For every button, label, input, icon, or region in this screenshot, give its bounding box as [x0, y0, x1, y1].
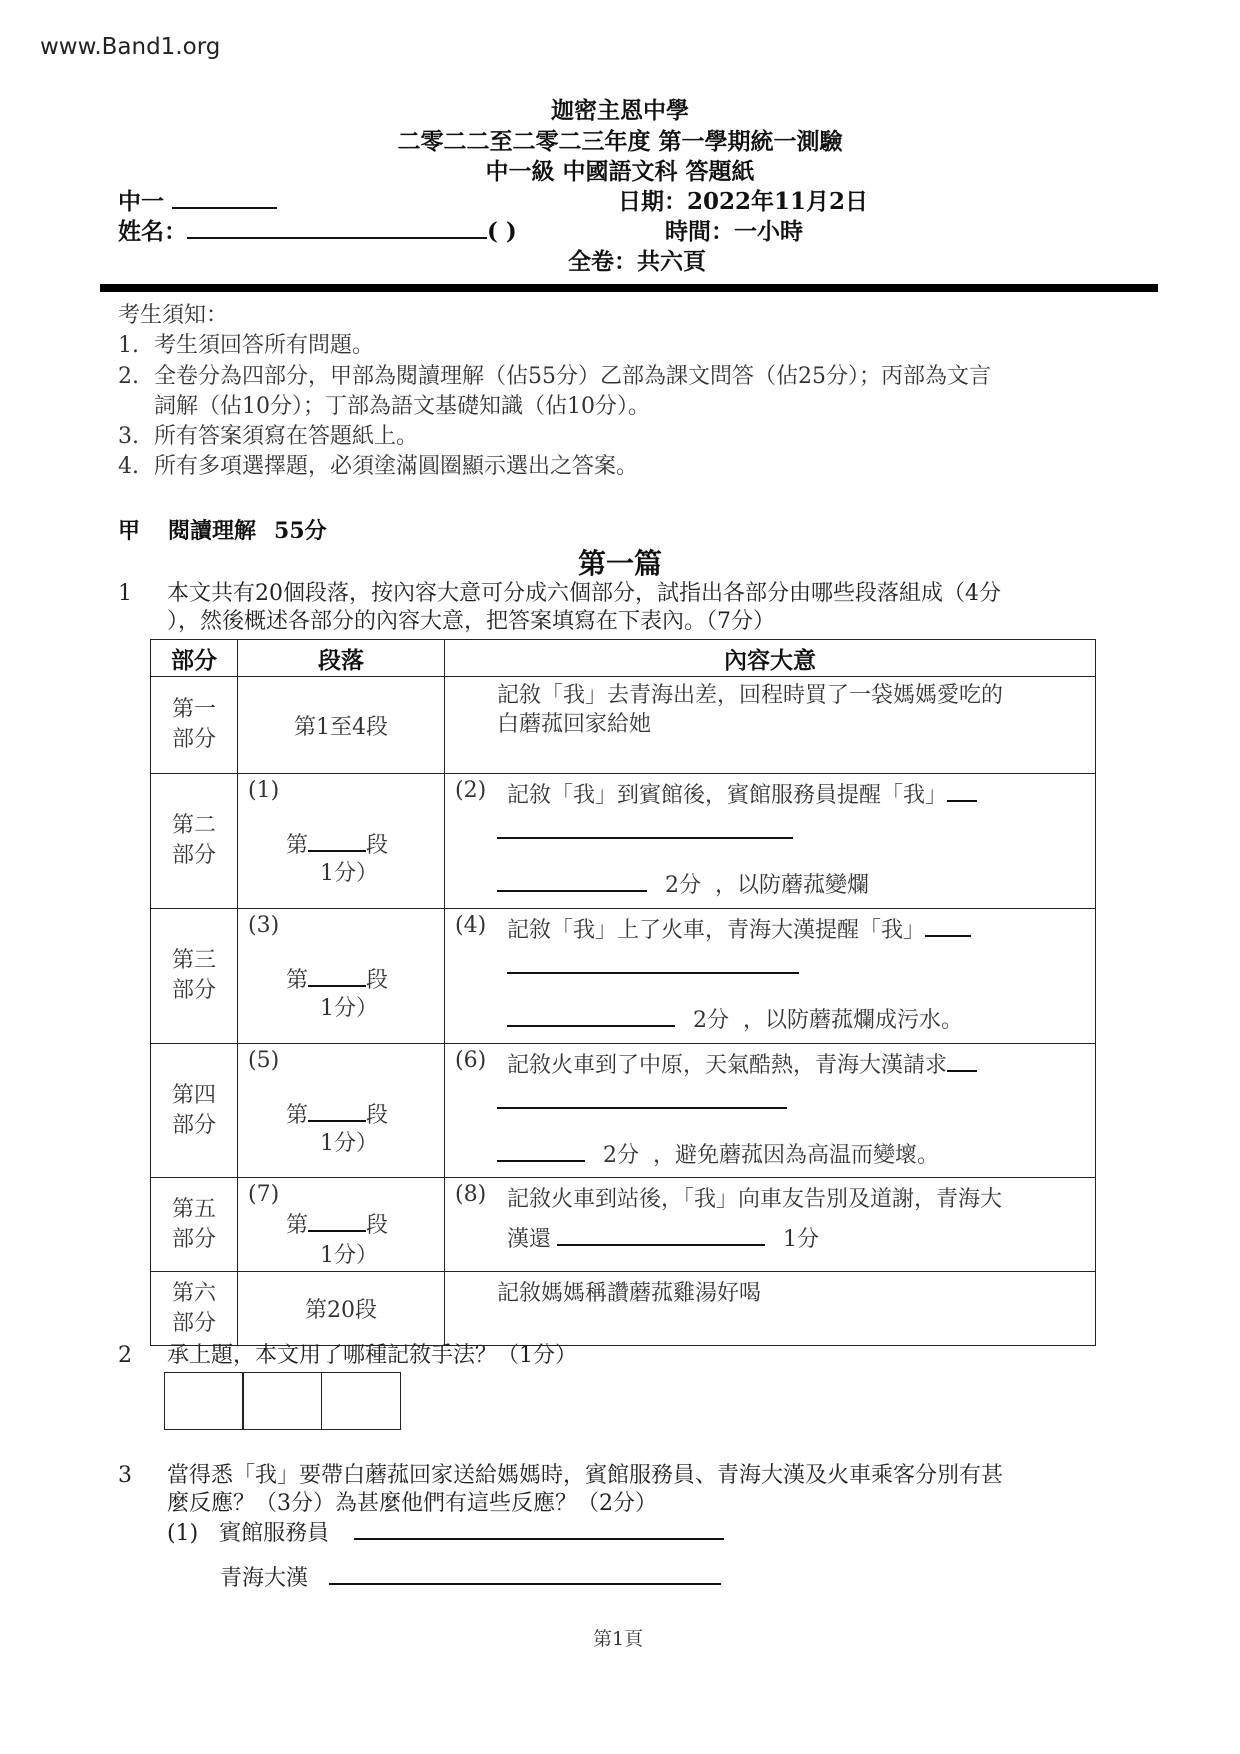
part-label: 第一部分	[151, 677, 238, 774]
item-number: (8)	[455, 1182, 486, 1207]
summary-text: 記敘火車到站後，「我」向車友告別及道謝，青海大	[507, 1182, 1002, 1213]
paragraph-blank[interactable]: 第段	[286, 1098, 388, 1129]
item-number: (4)	[455, 913, 486, 938]
item-number: (5)	[248, 1048, 279, 1073]
col-header-paragraph: 段落	[238, 640, 445, 677]
marks-label: 1分）	[320, 1238, 378, 1269]
answer-box[interactable]	[321, 1372, 401, 1430]
answer-blank[interactable]	[507, 971, 799, 974]
summary-text: 漢還1分	[507, 1222, 819, 1253]
answer-blank[interactable]	[507, 1024, 675, 1027]
q2-number: 2	[118, 1342, 132, 1370]
notice-item: 1.考生須回答所有問題。	[118, 331, 374, 361]
page-number: 第1頁	[593, 1624, 643, 1651]
notice-item: 2.全卷分為四部分，甲部為閱讀理解（佔55分）乙部為課文問答（佔25分）；丙部為…	[118, 362, 991, 392]
notice-text: 所有多項選擇題，必須塗滿圓圈顯示選出之答案。	[154, 454, 638, 479]
header-divider	[100, 284, 1158, 292]
notice-text-cont: 詞解（佔10分）；丁部為語文基礎知識（佔10分）。	[154, 392, 650, 422]
answer-box[interactable]	[242, 1372, 322, 1430]
part-label: 第六部分	[151, 1272, 238, 1346]
summary-cell: 記敘「我」去青海出差，回程時買了一袋媽媽愛吃的 白蘑菰回家給她	[445, 677, 1096, 774]
marks-label: 1分）	[320, 991, 378, 1022]
paragraph-cell: (3) 第段 1分）	[238, 909, 445, 1044]
q3-text-line1: 當得悉「我」要帶白蘑菰回家送給媽媽時，賓館服務員、青海大漢及火車乘客分別有甚	[167, 1462, 1003, 1490]
notice-item: 3.所有答案須寫在答題紙上。	[118, 422, 418, 452]
summary-cell: (8) 記敘火車到站後，「我」向車友告別及道謝，青海大 漢還1分	[445, 1178, 1096, 1272]
summary-text: 記敘火車到了中原，天氣酷熱，青海大漢請求	[507, 1048, 977, 1079]
exam-duration: 時間：一小時	[665, 213, 803, 246]
notice-text: 全卷分為四部分，甲部為閱讀理解（佔55分）乙部為課文問答（佔25分）；丙部為文言	[154, 364, 991, 389]
q3-answer-line: (1) 賓館服務員	[167, 1520, 724, 1548]
col-header-summary: 內容大意	[445, 640, 1096, 677]
summary-text: 2分，避免蘑菰因為高温而變壞。	[497, 1138, 939, 1169]
table-row: 第二部分 (1) 第段 1分） (2) 記敘「我」到賓館後，賓館服務員提醒「我」…	[151, 774, 1096, 909]
name-field[interactable]: 姓名：( )	[118, 213, 517, 246]
section-marks: 55分	[274, 518, 327, 544]
summary-cell: (2) 記敘「我」到賓館後，賓館服務員提醒「我」 2分，以防蘑菰變爛	[445, 774, 1096, 909]
table-header-row: 部分 段落 內容大意	[151, 640, 1096, 677]
answer-label: 青海大漢	[220, 1566, 308, 1591]
notice-item: 4.所有多項選擇題，必須塗滿圓圈顯示選出之答案。	[118, 452, 638, 482]
class-number[interactable]: ( )	[487, 218, 517, 245]
class-field[interactable]: 中一	[118, 183, 277, 216]
part-label: 第二部分	[151, 774, 238, 909]
summary-line: 白蘑菰回家給她	[497, 710, 1095, 739]
notice-title: 考生須知：	[118, 301, 228, 331]
notice-num: 2.	[118, 362, 154, 392]
name-blank[interactable]	[187, 236, 487, 239]
section-heading: 甲閱讀理解55分	[118, 514, 327, 545]
q1-number: 1	[118, 580, 132, 608]
answer-label: 賓館服務員	[219, 1521, 329, 1546]
notice-text: 所有答案須寫在答題紙上。	[154, 424, 418, 449]
summary-text: 2分，以防蘑菰變爛	[497, 868, 869, 899]
summary-text: 記敘「我」到賓館後，賓館服務員提醒「我」	[507, 778, 977, 809]
class-label: 中一	[118, 188, 164, 215]
item-number: (3)	[248, 913, 279, 938]
paragraph-cell: (1) 第段 1分）	[238, 774, 445, 909]
notice-text: 考生須回答所有問題。	[154, 333, 374, 358]
item-number: (6)	[455, 1048, 486, 1073]
paragraph-cell: 第20段	[238, 1272, 445, 1346]
answer-blank[interactable]	[497, 836, 793, 839]
paragraph-blank[interactable]: 第段	[286, 963, 388, 994]
paragraph-cell: (7) 第段 1分）	[238, 1178, 445, 1272]
col-header-part: 部分	[151, 640, 238, 677]
q3-number: 3	[118, 1462, 132, 1490]
answer-blank[interactable]	[557, 1243, 765, 1246]
answer-box[interactable]	[164, 1372, 244, 1430]
answer-boxes	[165, 1372, 401, 1430]
q2-text: 承上題，本文用了哪種記敘手法？（1分）	[167, 1342, 577, 1370]
section-label: 甲	[118, 514, 168, 545]
table-row: 第三部分 (3) 第段 1分） (4) 記敘「我」上了火車，青海大漢提醒「我」 …	[151, 909, 1096, 1044]
q3-text-line2: 麼反應？（3分）為甚麼他們有這些反應？（2分）	[167, 1490, 657, 1518]
exam-date: 日期：2022年11月2日	[618, 183, 868, 216]
notice-num: 3.	[118, 422, 154, 452]
passage-title: 第一篇	[0, 542, 1240, 582]
answer-blank[interactable]	[497, 889, 647, 892]
answer-blank[interactable]	[497, 1106, 787, 1109]
sub-number: (1)	[167, 1521, 198, 1546]
item-number: (1)	[248, 778, 279, 803]
watermark: www.Band1.org	[40, 34, 220, 60]
answer-table: 部分 段落 內容大意 第一部分 第1至4段 記敘「我」去青海出差，回程時買了一袋…	[150, 639, 1096, 1346]
table-row: 第六部分 第20段 記敘媽媽稱讚蘑菰雞湯好喝	[151, 1272, 1096, 1346]
summary-text: 記敘「我」上了火車，青海大漢提醒「我」	[507, 913, 971, 944]
summary-cell: (6) 記敘火車到了中原，天氣酷熱，青海大漢請求 2分，避免蘑菰因為高温而變壞。	[445, 1044, 1096, 1178]
table-row: 第一部分 第1至4段 記敘「我」去青海出差，回程時買了一袋媽媽愛吃的 白蘑菰回家…	[151, 677, 1096, 774]
answer-blank[interactable]	[354, 1537, 724, 1540]
name-label: 姓名：	[118, 218, 187, 245]
summary-cell: (4) 記敘「我」上了火車，青海大漢提醒「我」 2分，以防蘑菰爛成污水。	[445, 909, 1096, 1044]
paragraph-blank[interactable]: 第段	[286, 1208, 388, 1239]
notice-num: 1.	[118, 331, 154, 361]
summary-line: 記敘媽媽稱讚蘑菰雞湯好喝	[497, 1276, 1095, 1307]
part-label: 第三部分	[151, 909, 238, 1044]
part-label: 第五部分	[151, 1178, 238, 1272]
item-number: (7)	[248, 1182, 279, 1207]
school-name: 迦密主恩中學	[0, 92, 1240, 125]
table-row: 第四部分 (5) 第段 1分） (6) 記敘火車到了中原，天氣酷熱，青海大漢請求…	[151, 1044, 1096, 1178]
exam-title: 二零二二至二零二三年度 第一學期統一測驗	[0, 123, 1240, 156]
marks-label: 1分）	[320, 1126, 378, 1157]
notice-num: 4.	[118, 452, 154, 482]
page-count: 全卷：共六頁	[568, 243, 706, 276]
part-label: 第四部分	[151, 1044, 238, 1178]
q1-text-line1: 本文共有20個段落，按內容大意可分成六個部分，試指出各部分由哪些段落組成（4分	[167, 580, 1001, 608]
q3-answer-line: 青海大漢	[220, 1565, 721, 1593]
paragraph-cell: 第1至4段	[238, 677, 445, 774]
q1-text-line2: ），然後概述各部分的內容大意，把答案填寫在下表內。（7分）	[167, 608, 775, 636]
answer-blank[interactable]	[497, 1159, 585, 1162]
summary-text: 2分，以防蘑菰爛成污水。	[507, 1003, 963, 1034]
class-blank[interactable]	[172, 206, 277, 209]
answer-blank[interactable]	[329, 1582, 721, 1585]
marks-label: 1分）	[320, 856, 378, 887]
section-title: 閱讀理解	[168, 518, 256, 544]
table-row: 第五部分 (7) 第段 1分） (8) 記敘火車到站後，「我」向車友告別及道謝，…	[151, 1178, 1096, 1272]
summary-cell: 記敘媽媽稱讚蘑菰雞湯好喝	[445, 1272, 1096, 1346]
paragraph-blank[interactable]: 第段	[286, 828, 388, 859]
subject-title: 中一級 中國語文科 答題紙	[0, 153, 1240, 186]
item-number: (2)	[455, 778, 486, 803]
summary-line: 記敘「我」去青海出差，回程時買了一袋媽媽愛吃的	[497, 681, 1095, 710]
paragraph-cell: (5) 第段 1分）	[238, 1044, 445, 1178]
